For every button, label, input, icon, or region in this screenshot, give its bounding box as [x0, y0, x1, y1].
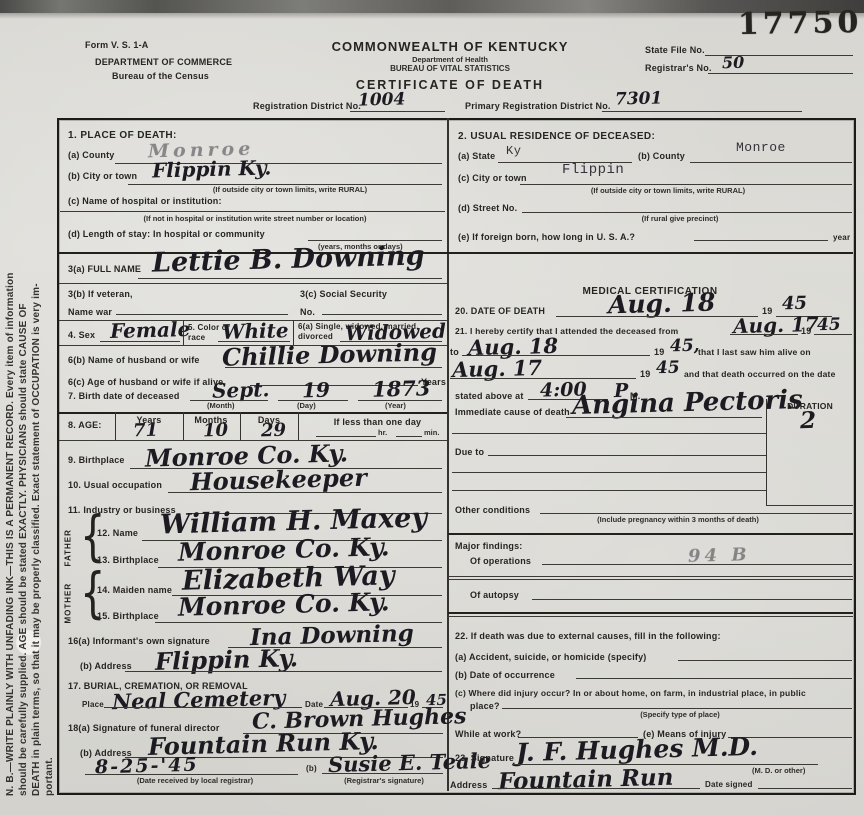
dod-label: 20. DATE OF DEATH	[455, 306, 545, 317]
rule	[678, 660, 852, 661]
spouse-label: 6(b) Name of husband or wife	[68, 355, 200, 366]
rule	[138, 278, 442, 279]
ssn-label: 3(c) Social Security	[300, 289, 387, 300]
primary-district-label: Primary Registration District No.	[465, 101, 611, 112]
age-months-value: 10	[203, 420, 229, 442]
rule	[322, 773, 443, 774]
section-rule	[448, 612, 853, 614]
race-label2: race	[188, 333, 205, 343]
pod-county-label: (a) County	[68, 150, 115, 161]
registrar-b-label: (b)	[306, 764, 317, 774]
rule	[576, 678, 852, 679]
mother-name-label: 14. Maiden name	[97, 585, 172, 596]
mother-group-label: MOTHER	[64, 584, 73, 624]
external-a-label: (a) Accident, suicide, or homicide (spec…	[455, 652, 647, 663]
major-findings-label: Major findings:	[455, 541, 523, 552]
certifier-sig-caption: (M. D. or other)	[752, 767, 805, 775]
res-county-value: Monroe	[736, 140, 786, 155]
rule	[60, 211, 445, 212]
rule	[556, 316, 758, 317]
last-pre: 19	[640, 369, 650, 380]
state-file-label: State File No.	[645, 45, 705, 56]
external-title: 22. If death was due to external causes,…	[455, 631, 721, 642]
res-city-caption: (If outside city or town limits, write R…	[548, 187, 788, 195]
birthplace-label: 9. Birthplace	[68, 455, 125, 466]
res-state-value: Ky	[506, 144, 521, 158]
section-rule	[448, 533, 853, 535]
certifier-addr-value: Fountain Run	[498, 764, 674, 796]
section-rule	[59, 412, 447, 414]
registrar-no-label: Registrar's No.	[645, 63, 712, 74]
while-at-work-label: While at work?	[455, 729, 521, 740]
rule	[532, 599, 852, 600]
res-street-label: (d) Street No.	[458, 203, 517, 214]
spouse-age-label: 6(c) Age of husband or wife if alive	[68, 377, 223, 388]
age-min-label: min.	[424, 429, 439, 437]
res-foreign-label: (e) If foreign born, how long in U. S. A…	[458, 232, 635, 243]
last-year: 45	[656, 358, 680, 379]
father-group-label: FATHER	[64, 527, 73, 567]
of-operations-label: Of operations	[470, 556, 531, 567]
margin-line-2: should be carefully supplied. AGE should…	[17, 96, 30, 796]
pod-hospital-label: (c) Name of hospital or institution:	[68, 196, 222, 207]
pod-city-label: (b) City or town	[68, 171, 137, 182]
rule	[488, 455, 766, 456]
age-note: If less than one day	[315, 417, 440, 428]
rule	[85, 774, 298, 775]
rule	[690, 162, 852, 163]
form-number: Form V. S. 1-A	[85, 40, 148, 51]
date-signed-label: Date signed	[705, 780, 753, 790]
dod-year: 45	[782, 293, 808, 315]
reg-district-blank	[350, 111, 445, 112]
birth-month-value: Sept.	[212, 377, 270, 402]
bureau-vital: BUREAU OF VITAL STATISTICS	[300, 65, 600, 74]
occurred-label: and that death occurred on the date	[684, 369, 836, 379]
rule	[316, 436, 376, 437]
birth-day-value: 19	[302, 378, 330, 403]
rule	[730, 334, 798, 335]
rule	[814, 334, 852, 335]
of-autopsy-label: Of autopsy	[470, 590, 519, 601]
res-city-value: Flippin	[562, 162, 624, 178]
external-c-label1: (c) Where did injury occur? In or about …	[455, 688, 806, 698]
occupation-label: 10. Usual occupation	[68, 480, 162, 491]
mother-birthplace-label: 15. Birthplace	[97, 611, 159, 622]
column-divider	[447, 118, 449, 791]
birth-year-value: 1873	[372, 375, 431, 402]
age-label: 8. AGE:	[68, 420, 102, 431]
res-state-label: (a) State	[458, 151, 495, 162]
scan-edge-band	[0, 0, 864, 13]
margin-note: N. B.—WRITE PLAINLY WITH UNFADING INK—TH…	[4, 96, 56, 796]
rule	[125, 671, 442, 672]
reg-district-value: 1004	[358, 89, 406, 110]
father-name-label: 12. Name	[97, 528, 138, 539]
primary-district-value: 7301	[615, 88, 663, 109]
age-years-value: 71	[133, 420, 159, 442]
dept-commerce: DEPARTMENT OF COMMERCE	[95, 57, 232, 68]
rule	[225, 367, 442, 368]
dept-health: Department of Health	[300, 56, 600, 64]
stated-at-label: stated above at	[455, 391, 524, 402]
rule	[502, 708, 852, 709]
pod-city-caption: (If outside city or town limits, write R…	[150, 186, 430, 194]
rule	[396, 436, 422, 437]
rule	[566, 417, 762, 418]
death-certificate-scan: N. B.—WRITE PLAINLY WITH UNFADING INK—TH…	[0, 0, 864, 815]
age-hr-label: hr.	[378, 429, 387, 437]
rule	[448, 616, 853, 617]
cell-divider	[183, 412, 184, 440]
rule	[59, 283, 447, 284]
veteran-label: 3(b) If veteran,	[68, 289, 133, 300]
cell-divider	[183, 320, 184, 345]
attend-from-pre: 19	[801, 326, 811, 337]
ssn-no-label: No.	[300, 307, 315, 318]
veteran-war-label: Name war	[68, 307, 112, 318]
primary-district-blank	[602, 111, 802, 112]
rule	[522, 212, 852, 213]
residence-title: 2. USUAL RESIDENCE OF DECEASED:	[458, 131, 655, 143]
duration-divider	[766, 399, 767, 505]
certifier-addr-label: Address	[450, 780, 487, 791]
year-caption: (Year)	[385, 402, 406, 410]
res-city-label: (c) City or town	[458, 173, 527, 184]
res-foreign-suffix: year	[833, 233, 850, 243]
rule	[542, 564, 852, 565]
age-days-value: 29	[261, 420, 287, 442]
burial-place-label: Place	[82, 700, 104, 710]
registrar-no-blank	[708, 73, 853, 74]
external-c-label2: place?	[470, 701, 500, 712]
rule	[452, 490, 766, 491]
rule	[694, 240, 828, 241]
scan-edge-shadow	[0, 13, 864, 19]
rule	[116, 314, 288, 315]
rule	[452, 472, 766, 473]
received-caption: (Date received by local registrar)	[90, 777, 300, 785]
rule	[758, 788, 852, 789]
cell-divider	[240, 412, 241, 440]
attend-to-pre: 19	[654, 347, 664, 358]
month-caption: (Month)	[207, 402, 234, 410]
mother-birthplace-value: Monroe Co. Ky.	[178, 587, 390, 622]
commonwealth-title: COMMONWEALTH OF KENTUCKY	[300, 39, 600, 55]
attend-to-year: 45,	[670, 336, 700, 357]
rule	[452, 433, 766, 434]
certificate-title: CERTIFICATE OF DEATH	[300, 78, 600, 93]
cell-divider	[298, 412, 299, 440]
sex-label: 4. Sex	[68, 330, 95, 341]
registrar-sig-caption: (Registrar's signature)	[325, 777, 443, 785]
sex-value: Female	[110, 317, 191, 343]
rule	[766, 505, 853, 506]
rule	[100, 341, 180, 342]
pod-city-value: Flippin Ky.	[152, 155, 272, 182]
attend-from-year: 45	[817, 315, 841, 336]
father-birthplace-label: 13. Birthplace	[97, 555, 159, 566]
rule	[448, 579, 853, 580]
certifier-sig-label: 23. Signature	[455, 753, 514, 764]
rule	[492, 788, 700, 789]
res-street-caption: (If rural give precinct)	[605, 215, 755, 223]
due-to-label: Due to	[455, 447, 484, 458]
cell-divider	[115, 412, 116, 440]
rule	[322, 314, 442, 315]
cause-label: Immediate cause of death	[455, 407, 570, 418]
stamped-file-number: 17750	[738, 5, 863, 42]
margin-line-3: DEATH in plain terms, so that it may be …	[30, 96, 43, 796]
margin-line-1: N. B.—WRITE PLAINLY WITH UNFADING INK—TH…	[4, 96, 17, 796]
last-saw-label: that I last saw him alive on	[698, 347, 811, 357]
external-c-caption: (Specify type of place)	[580, 711, 780, 719]
pod-street-caption: (If not in hospital or institution write…	[80, 215, 430, 223]
rule	[520, 184, 852, 185]
race-value: White	[222, 318, 289, 344]
reg-district-label: Registration District No.	[253, 101, 361, 112]
rule	[168, 492, 442, 493]
margin-line-4: portant.	[43, 96, 56, 796]
birthdate-label: 7. Birth date of deceased	[68, 391, 180, 402]
external-b-label: (b) Date of occurrence	[455, 670, 555, 681]
dod-value: Aug. 18	[608, 288, 716, 320]
duration-value: 2	[800, 407, 817, 434]
registrar-no-value: 50	[722, 53, 745, 73]
rule	[540, 513, 852, 514]
rule	[448, 576, 853, 577]
other-conditions-label: Other conditions	[455, 505, 530, 516]
other-conditions-caption: (Include pregnancy within 3 months of de…	[548, 516, 808, 524]
day-caption: (Day)	[297, 402, 316, 410]
fullname-label: 3(a) FULL NAME	[68, 264, 141, 275]
bureau-census: Bureau of the Census	[112, 71, 209, 82]
res-county-label: (b) County	[638, 151, 685, 162]
pod-stay-label: (d) Length of stay: In hospital or commu…	[68, 229, 265, 240]
